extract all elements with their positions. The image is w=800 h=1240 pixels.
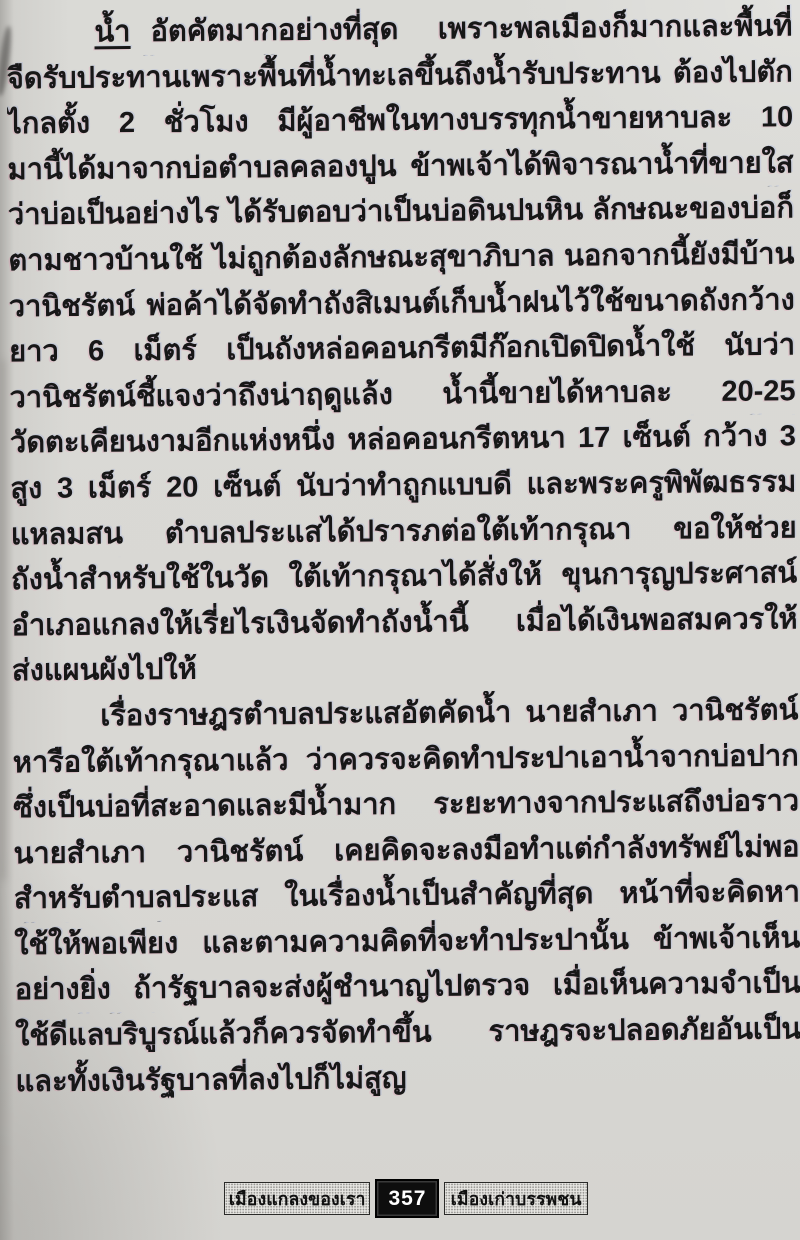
paragraph-water-shortage: น้ำอัตคัตมากอย่างที่สุด เพราะพลเมืองก็มา…: [6, 4, 798, 695]
text-line: วานิชรัตน์ พ่อค้าได้จัดทำถังสิเมนต์เก็บน…: [9, 278, 795, 330]
text-line: และทั้งเงินรัฐบาลที่ลงไปก็ไม่สูญ: [15, 1053, 800, 1105]
text-line: ใช้ดีแลบริบูรณ์แล้วก็ควรจัดทำขึ้น ราษฎรจ…: [15, 1007, 800, 1059]
text-line: ถังน้ำสำหรับใช้ในวัด ใต้เท้ากรุณาได้สั่ง…: [11, 551, 797, 603]
scan-edge-shadow: [0, 360, 6, 880]
text-line: มานี้ได้มาจากบ่อตำบลคลองปูน ข้าพเจ้าได้พ…: [7, 141, 793, 193]
text-line: เรื่องราษฎรตำบลประแสอัตคัดน้ำ นายสำเภา ว…: [12, 688, 798, 740]
page-footer: เมืองแกลงของเรา 357 เมืองเก่าบรรพชน: [224, 1179, 588, 1218]
text-line: ไกลตั้ง 2 ชั่วโมง มีผู้อาชีพในทางบรรทุกน…: [7, 95, 793, 147]
text-line: วัดตะเคียนงามอีกแห่งหนึ่ง หล่อคอนกรีตหนา…: [10, 415, 796, 467]
section-lead-word: น้ำ: [94, 16, 130, 48]
text-line: จืดรับประทานเพราะพื้นที่น้ำทะเลขึ้นถึงน้…: [7, 50, 793, 102]
footer-left-title: เมืองแกลงของเรา: [224, 1182, 370, 1215]
text-line: สูง 3 เม็ตร์ 20 เซ็นต์ นับว่าทำถูกแบบดี …: [10, 460, 796, 512]
page-number-badge: 357: [375, 1179, 439, 1218]
text-line: อำเภอแกลงให้เรี่ยไรเงินจัดทำถังน้ำนี้ เม…: [11, 597, 797, 649]
text-line: หารือใต้เท้ากรุณาแล้ว ว่าควรจะคิดทำประปา…: [13, 734, 799, 786]
text-line: นายสำเภา วานิชรัตน์ เคยคิดจะลงมือทำแต่กำ…: [13, 825, 799, 877]
text-line: แหลมสน ตำบลประแสได้ปรารภต่อใต้เท้ากรุณา …: [11, 506, 797, 558]
text-line: ว่าบ่อเป็นอย่างไร ได้รับตอบว่าเป็นบ่อดิน…: [8, 187, 794, 239]
text-line-content: อัตคัตมากอย่างที่สุด เพราะพลเมืองก็มากแล…: [95, 10, 793, 56]
paragraph-waterworks-proposal: เรื่องราษฎรตำบลประแสอัตคัดน้ำ นายสำเภา ว…: [12, 688, 800, 1105]
text-line: วานิชรัตน์ชี้แจงว่าถึงน่าฤดูแล้ง น้ำนี้ข…: [9, 369, 795, 421]
text-line: ส่งแผนผังไปให้: [12, 643, 798, 695]
text-line: สำหรับตำบลประแส ในเรื่องน้ำเป็นสำคัญที่ส…: [14, 870, 800, 922]
text-line: น้ำอัตคัตมากอย่างที่สุด เพราะพลเมืองก็มา…: [6, 4, 792, 56]
text-line: ยาว 6 เม็ตร์ เป็นถังหล่อคอนกรีตมีก๊อกเปิ…: [9, 323, 795, 375]
text-line: ซึ่งเป็นบ่อที่สะอาดและมีน้ำมาก ระยะทางจา…: [13, 779, 799, 831]
text-line: อย่างยิ่ง ถ้ารัฐบาลจะส่งผู้ชำนาญไปตรวจ เ…: [15, 962, 800, 1014]
scanned-book-page: น้ำอัตคัตมากอย่างที่สุด เพราะพลเมืองก็มา…: [0, 0, 800, 1240]
text-line: ใช้ให้พอเพียง และตามความคิดที่จะทำประปาน…: [14, 916, 800, 968]
footer-right-title: เมืองเก่าบรรพชน: [444, 1182, 588, 1215]
text-line: ตามชาวบ้านใช้ ไม่ถูกต้องลักษณะสุขาภิบาล …: [8, 232, 794, 284]
body-text: น้ำอัตคัตมากอย่างที่สุด เพราะพลเมืองก็มา…: [6, 4, 800, 1105]
